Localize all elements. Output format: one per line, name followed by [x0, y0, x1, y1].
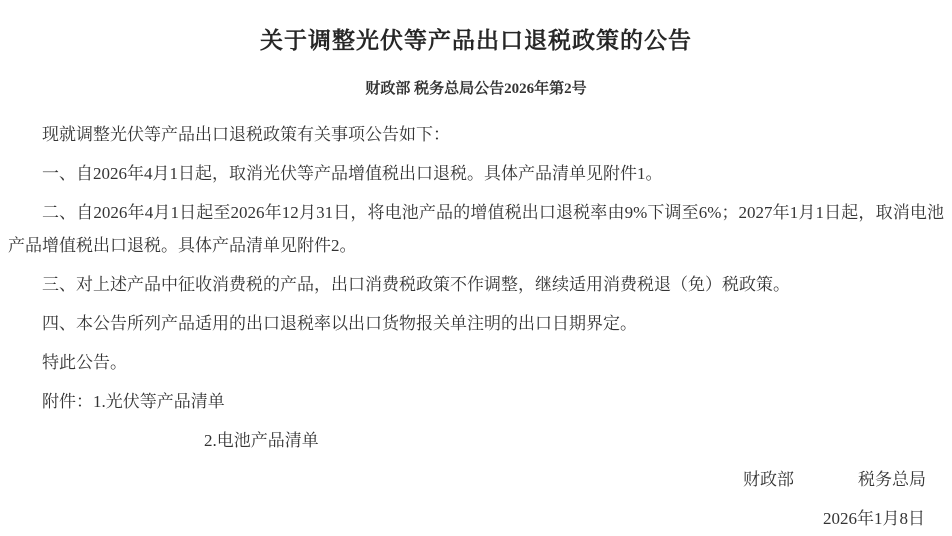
page-title: 关于调整光伏等产品出口退税政策的公告	[8, 25, 944, 55]
announcement-document: 关于调整光伏等产品出口退税政策的公告 财政部 税务总局公告2026年第2号 现就…	[0, 0, 952, 536]
item-1-paragraph: 一、自2026年4月1日起，取消光伏等产品增值税出口退税。具体产品清单见附件1。	[8, 157, 944, 190]
signature-date: 2026年1月8日	[8, 502, 944, 535]
document-number: 财政部 税务总局公告2026年第2号	[8, 79, 944, 99]
issuer-ministry-of-finance: 财政部	[743, 463, 794, 496]
signature-row: 财政部 税务总局	[8, 463, 944, 496]
attachment-line-1: 附件：1.光伏等产品清单	[8, 385, 944, 418]
issuer-tax-administration: 税务总局	[858, 463, 926, 496]
item-4-paragraph: 四、本公告所列产品适用的出口退税率以出口货物报关单注明的出口日期界定。	[8, 307, 944, 340]
item-2-paragraph: 二、自2026年4月1日起至2026年12月31日，将电池产品的增值税出口退税率…	[8, 196, 944, 262]
closing-line: 特此公告。	[8, 346, 944, 379]
item-3-paragraph: 三、对上述产品中征收消费税的产品，出口消费税政策不作调整，继续适用消费税退（免）…	[8, 268, 944, 301]
attachment-line-2: 2.电池产品清单	[8, 424, 944, 457]
intro-paragraph: 现就调整光伏等产品出口退税政策有关事项公告如下：	[8, 118, 944, 151]
